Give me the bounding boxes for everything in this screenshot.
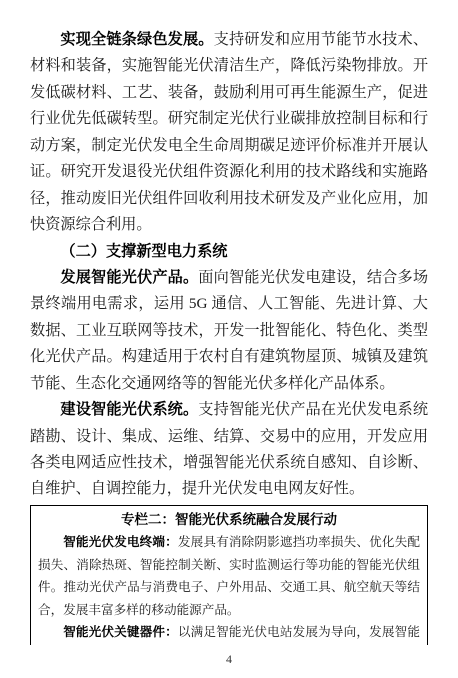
callout-line: 智能光伏关键器件：以满足智能光伏电站发展为导向，发展智能 <box>38 621 420 643</box>
line-text: 支持智能光伏产品在光伏发电系统 <box>198 401 428 418</box>
paragraph-line: 发低碳材料、工艺、装备，鼓励利用可再生能源生产，促进 <box>30 80 428 106</box>
line-text: 件。推动光伏产品与消费电子、户外用品、交通工具、航空航天等结 <box>38 580 420 594</box>
callout-box: 专栏二：智能光伏系统融合发展行动 智能光伏发电终端：发展具有消除阴影遮挡功率损失… <box>30 505 428 645</box>
line-text: 发低碳材料、工艺、装备，鼓励利用可再生能源生产，促进 <box>30 84 428 101</box>
line-text: 材料和装备，实施智能光伏清洁生产，降低污染物排放。开 <box>30 57 428 74</box>
paragraph-line: 数据、工业互联网等技术，开发一批智能化、特色化、类型 <box>30 318 428 344</box>
page-number: 4 <box>0 651 458 667</box>
paragraph-line: 踏勘、设计、集成、运维、结算、交易中的应用，开发应用 <box>30 424 428 450</box>
paragraph-line: 动方案，制定光伏发电全生命周期碳足迹评价标准并开展认 <box>30 133 428 159</box>
paragraph-line: 实现全链条绿色发展。支持研发和应用节能节水技术、 <box>30 27 428 53</box>
document-page: 实现全链条绿色发展。支持研发和应用节能节水技术、 材料和装备，实施智能光伏清洁生… <box>0 0 458 678</box>
line-text: 以满足智能光伏电站发展为导向，发展智能 <box>178 625 420 639</box>
line-text: 快资源综合利用。 <box>30 216 152 233</box>
section-heading: （二）支撑新型电力系统 <box>30 239 428 265</box>
paragraph-line: 发展智能光伏产品。面向智能光伏发电建设，结合多场 <box>30 265 428 291</box>
paragraph-line: 快资源综合利用。 <box>30 212 428 238</box>
line-text: 数据、工业互联网等技术，开发一批智能化、特色化、类型 <box>30 322 428 339</box>
line-text: 证。研究开发退役光伏组件资源化利用的技术路线和实施路 <box>30 163 428 180</box>
paragraph-line: 自维护、自调控能力，提升光伏发电电网友好性。 <box>30 476 428 502</box>
line-text: 损失、消除热斑、智能控制关断、实时监测运行等功能的智能光伏组 <box>38 558 420 572</box>
body-text: 实现全链条绿色发展。支持研发和应用节能节水技术、 材料和装备，实施智能光伏清洁生… <box>30 27 428 503</box>
line-text: 径，推动废旧光伏组件回收利用技术研发及产业化应用，加 <box>30 190 428 207</box>
line-text: 行业优先低碳转型。研究制定光伏行业碳排放控制目标和行 <box>30 110 428 127</box>
callout-line: 损失、消除热斑、智能控制关断、实时监测运行等功能的智能光伏组 <box>38 554 420 576</box>
paragraph-line: 各类电网适应性技术，增强智能光伏系统自感知、自诊断、 <box>30 450 428 476</box>
callout-line: 智能光伏发电终端：发展具有消除阴影遮挡功率损失、优化失配 <box>38 531 420 553</box>
bold-lead: 智能光伏关键器件： <box>63 625 178 639</box>
callout-line: 合，发展丰富多样的移动能源产品。 <box>38 599 420 621</box>
bold-lead: 实现全链条绿色发展。 <box>60 31 213 48</box>
callout-line: 件。推动光伏产品与消费电子、户外用品、交通工具、航空航天等结 <box>38 576 420 598</box>
paragraph-line: 行业优先低碳转型。研究制定光伏行业碳排放控制目标和行 <box>30 106 428 132</box>
bold-lead: 建设智能光伏系统。 <box>60 401 198 418</box>
bold-lead: 发展智能光伏产品。 <box>60 269 198 286</box>
line-text: 化光伏产品。构建适用于农村自有建筑物屋顶、城镇及建筑 <box>30 348 428 365</box>
line-text: 景终端用电需求，运用 5G 通信、人工智能、先进计算、大 <box>30 295 428 312</box>
paragraph-line: 景终端用电需求，运用 5G 通信、人工智能、先进计算、大 <box>30 291 428 317</box>
bold-lead: 智能光伏发电终端： <box>63 535 178 549</box>
callout-title: 专栏二：智能光伏系统融合发展行动 <box>38 509 420 531</box>
line-text: 发展具有消除阴影遮挡功率损失、优化失配 <box>178 535 420 549</box>
line-text: 踏勘、设计、集成、运维、结算、交易中的应用，开发应用 <box>30 428 428 445</box>
section-heading-text: （二）支撑新型电力系统 <box>60 243 227 260</box>
paragraph-line: 化光伏产品。构建适用于农村自有建筑物屋顶、城镇及建筑 <box>30 344 428 370</box>
line-text: 合，发展丰富多样的移动能源产品。 <box>38 603 240 617</box>
line-text: 各类电网适应性技术，增强智能光伏系统自感知、自诊断、 <box>30 454 428 471</box>
paragraph-line: 径，推动废旧光伏组件回收利用技术研发及产业化应用，加 <box>30 186 428 212</box>
line-text: 面向智能光伏发电建设，结合多场 <box>198 269 428 286</box>
paragraph-line: 节能、生态化交通网络等的智能光伏多样化产品体系。 <box>30 371 428 397</box>
line-text: 自维护、自调控能力，提升光伏发电电网友好性。 <box>30 480 364 497</box>
line-text: 支持研发和应用节能节水技术、 <box>214 31 428 48</box>
paragraph-line: 建设智能光伏系统。支持智能光伏产品在光伏发电系统 <box>30 397 428 423</box>
paragraph-line: 证。研究开发退役光伏组件资源化利用的技术路线和实施路 <box>30 159 428 185</box>
line-text: 节能、生态化交通网络等的智能光伏多样化产品体系。 <box>30 375 395 392</box>
line-text: 动方案，制定光伏发电全生命周期碳足迹评价标准并开展认 <box>30 137 428 154</box>
paragraph-line: 材料和装备，实施智能光伏清洁生产，降低污染物排放。开 <box>30 53 428 79</box>
